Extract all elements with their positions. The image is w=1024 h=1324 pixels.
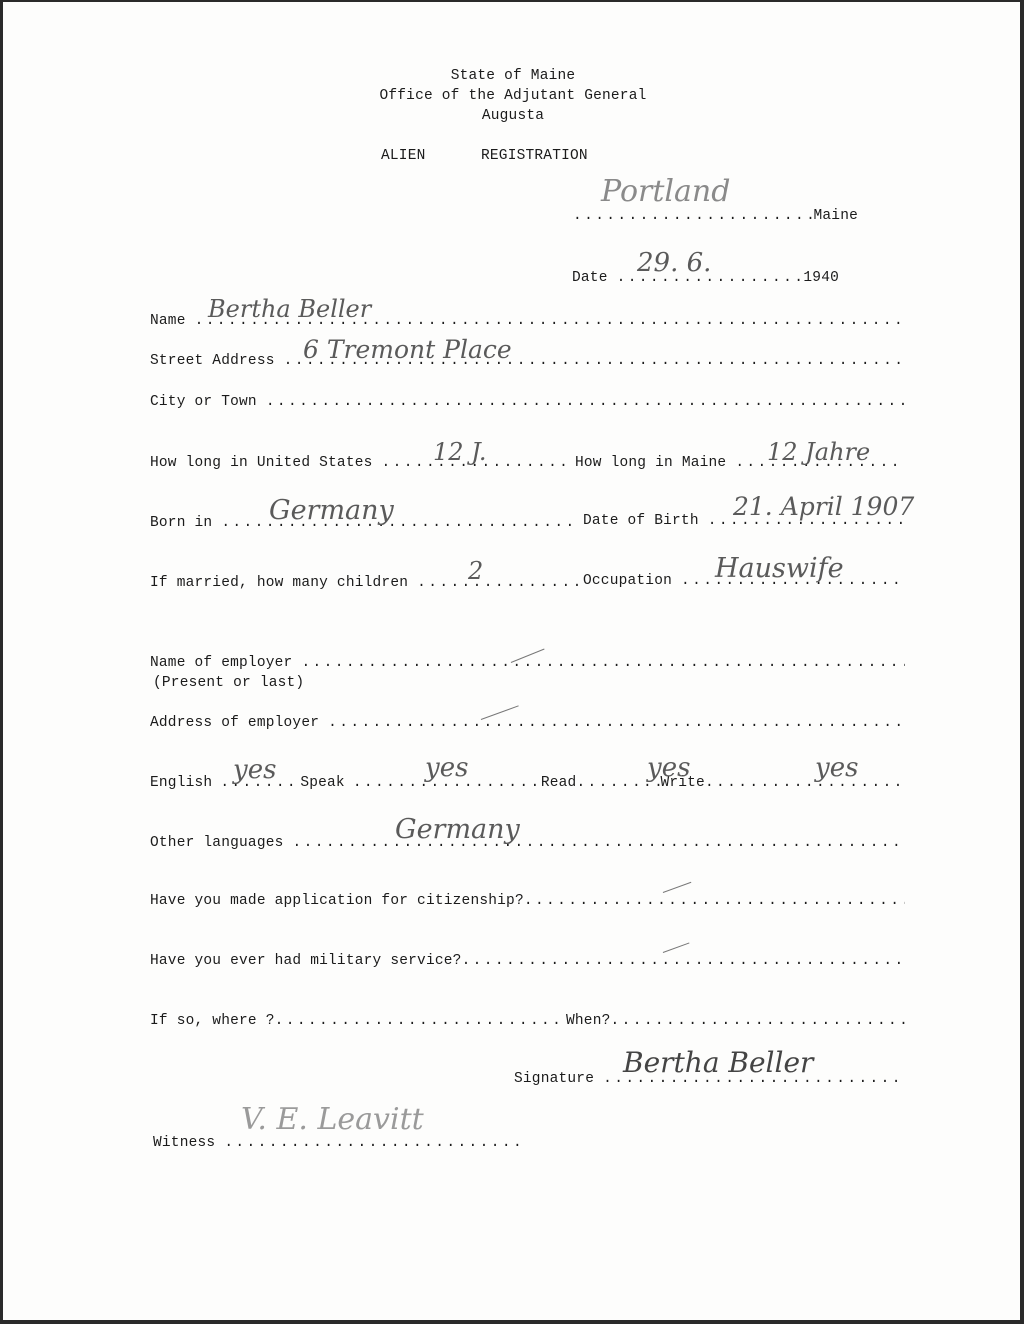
speak-handwritten: yes	[425, 753, 468, 783]
witness-label: Witness	[153, 1135, 215, 1151]
date-label: Date	[572, 270, 608, 286]
street-label: Street Address	[150, 353, 275, 369]
city-field[interactable]: City or Town	[150, 394, 905, 410]
speak-label: Speak	[300, 775, 345, 791]
witness-handwritten: V. E. Leavitt	[241, 1102, 424, 1137]
children-field[interactable]: If married, how many children	[150, 575, 580, 591]
street-handwritten: 6 Tremont Place	[303, 335, 512, 364]
signature-label: Signature	[514, 1071, 594, 1087]
citizenship-label: Have you made application for citizenshi…	[150, 893, 524, 909]
where-label: If so, where ?	[150, 1013, 275, 1029]
dob-label: Date of Birth	[583, 513, 699, 529]
name-label: Name	[150, 313, 186, 329]
occupation-handwritten: Hauswife	[715, 553, 844, 584]
signature-handwritten: Bertha Beller	[623, 1046, 813, 1079]
children-handwritten: 2	[468, 557, 483, 585]
place-suffix: Maine	[813, 208, 858, 224]
citizenship-field[interactable]: Have you made application for citizenshi…	[150, 893, 905, 909]
date-year: 1940	[803, 270, 839, 286]
other-languages-label: Other languages	[150, 835, 284, 851]
city-label: City or Town	[150, 394, 257, 410]
employer-name-sublabel: (Present or last)	[153, 675, 304, 691]
maine-duration-label: How long in Maine	[575, 455, 726, 471]
place-handwritten: Portland	[601, 174, 730, 209]
header-city: Augusta	[343, 108, 683, 124]
street-address-field[interactable]: Street Address	[150, 353, 905, 369]
place-field[interactable]: Maine	[573, 208, 858, 224]
name-handwritten: Bertha Beller	[208, 295, 371, 323]
header-state: State of Maine	[343, 68, 683, 84]
witness-field[interactable]: Witness	[153, 1135, 523, 1151]
dob-handwritten: 21. April 1907	[733, 492, 914, 521]
us-duration-label: How long in United States	[150, 455, 373, 471]
citizenship-dash-mark	[663, 882, 692, 893]
maine-duration-handwritten: 12 Jahre	[767, 438, 870, 466]
born-in-handwritten: Germany	[269, 495, 394, 526]
occupation-label: Occupation	[583, 573, 672, 589]
write-handwritten: yes	[815, 753, 858, 783]
read-label: Read	[541, 775, 577, 791]
english-handwritten: yes	[233, 755, 276, 785]
where-field[interactable]: If so, where ?	[150, 1013, 565, 1029]
registration-form-page: State of Maine Office of the Adjutant Ge…	[3, 2, 1020, 1320]
born-in-label: Born in	[150, 515, 212, 531]
header-office: Office of the Adjutant General	[343, 88, 683, 104]
form-title-registration: REGISTRATION	[481, 148, 588, 164]
other-languages-handwritten: Germany	[395, 814, 520, 845]
employer-name-label: Name of employer	[150, 655, 292, 671]
employer-address-label: Address of employer	[150, 715, 319, 731]
employer-name-field[interactable]: Name of employer	[150, 655, 905, 671]
military-dash-mark	[663, 942, 690, 953]
when-field[interactable]: When?	[566, 1013, 905, 1029]
read-handwritten: yes	[647, 753, 690, 783]
us-duration-handwritten: 12 J.	[433, 438, 487, 466]
when-label: When?	[566, 1013, 611, 1029]
other-languages-field[interactable]: Other languages	[150, 835, 905, 851]
children-label: If married, how many children	[150, 575, 408, 591]
english-label: English	[150, 775, 212, 791]
date-handwritten: 29. 6.	[637, 248, 711, 278]
military-label: Have you ever had military service?	[150, 953, 462, 969]
form-title-alien: ALIEN	[381, 148, 426, 164]
employer-address-field[interactable]: Address of employer	[150, 715, 905, 731]
military-field[interactable]: Have you ever had military service?	[150, 953, 905, 969]
us-duration-field[interactable]: How long in United States	[150, 455, 572, 471]
